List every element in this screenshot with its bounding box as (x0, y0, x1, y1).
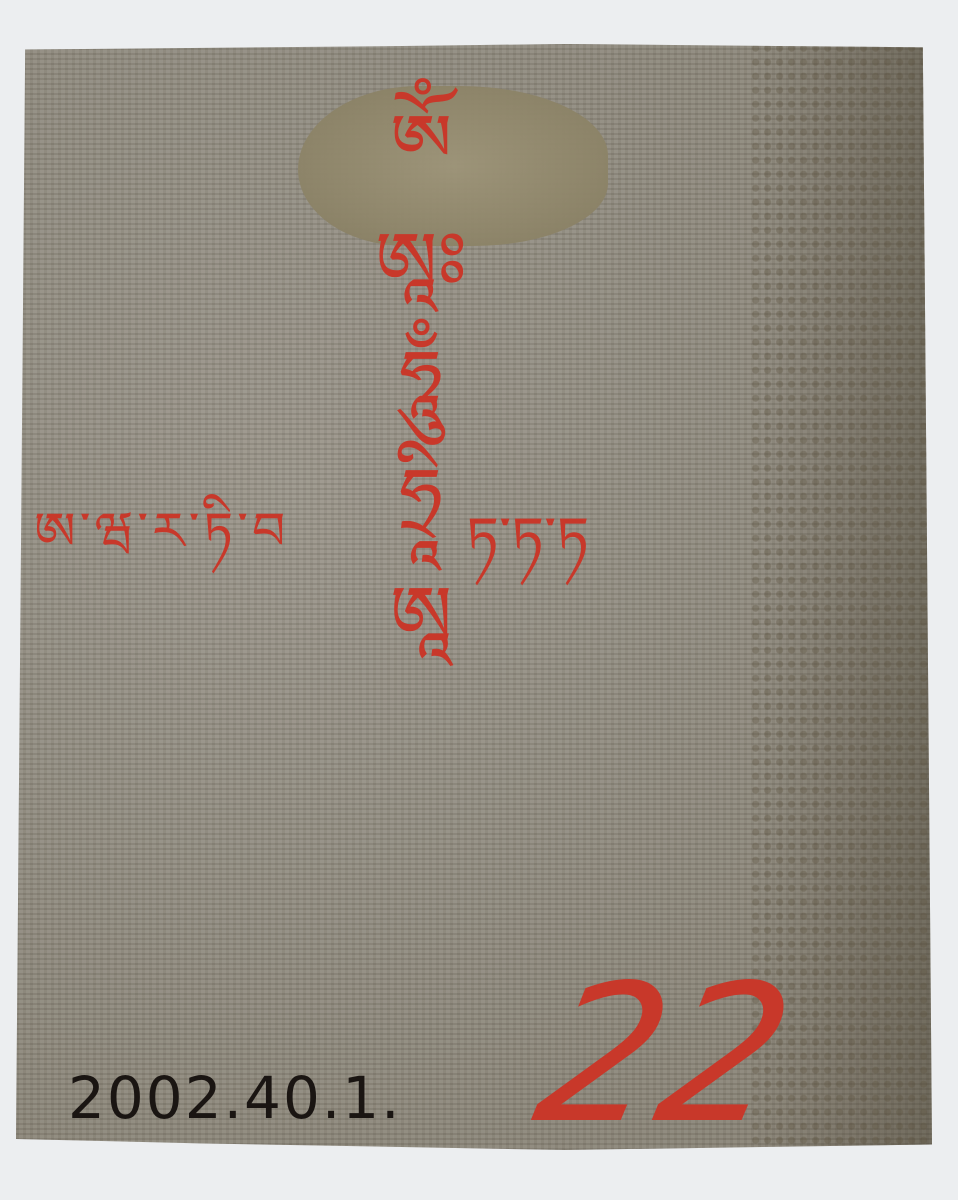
glyph-2: ཨཱཿ (375, 222, 467, 300)
glyph-4: ཧྲཱི (399, 458, 443, 536)
accession-number: 2002.40.1. (68, 1064, 402, 1132)
horizontal-inscription-right: ཏ་ཏ་ཏ (466, 474, 589, 637)
glyph-1: ༀ (390, 104, 452, 182)
red-number: 22 (521, 944, 810, 1165)
glyph-5: ཨཱ (390, 576, 452, 654)
horizontal-inscription-left: ཨ་ཝ་ར་ཏི་བ (34, 474, 289, 620)
glyph-3: ཧཱུྃ (399, 340, 443, 418)
painted-board: ༀ ཨཱཿ ཧཱུྃ ཧྲཱི ཨཱ ཨ་ཝ་ར་ཏི་བ ཏ་ཏ་ཏ 22 2… (16, 44, 932, 1150)
